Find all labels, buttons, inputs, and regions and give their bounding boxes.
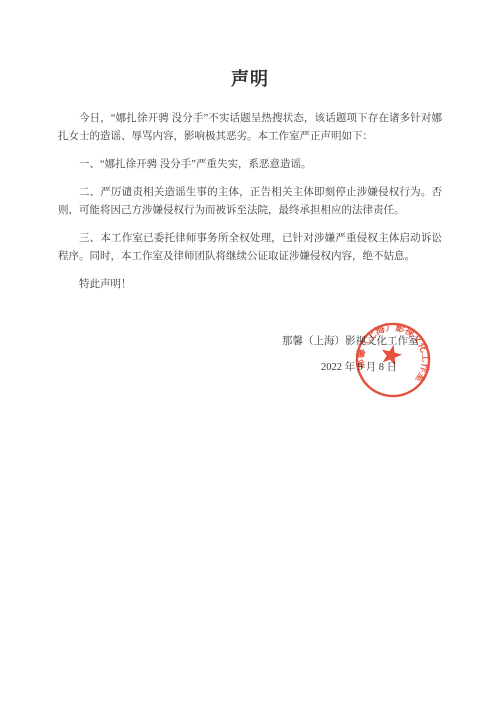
document-body: 今日，“娜扎徐开骋 没分手”不实话题呈热搜状态，该话题项下存在诸多针对娜扎女士的… bbox=[58, 110, 442, 304]
document-title: 声明 bbox=[58, 70, 442, 89]
company-seal-graphic: 那馨（上海）影视文化工作室 bbox=[332, 299, 453, 420]
paragraph-point-3: 三、本工作室已委托律师事务所全权处理，已针对涉嫌严重侵权主体启动诉讼程序。同时，… bbox=[58, 230, 442, 267]
paragraph-closing: 特此声明！ bbox=[58, 276, 442, 294]
company-seal: 那馨（上海）影视文化工作室 bbox=[332, 299, 453, 420]
paragraph-point-1: 一、“娜扎徐开骋 没分手”严重失实，系恶意造谣。 bbox=[58, 156, 442, 174]
paragraph-point-2: 二、严厉谴责相关造谣生事的主体，正告相关主体即刻停止涉嫌侵权行为。否则，可能将因… bbox=[58, 184, 442, 221]
paragraph-intro: 今日，“娜扎徐开骋 没分手”不实话题呈热搜状态，该话题项下存在诸多针对娜扎女士的… bbox=[58, 110, 442, 147]
statement-document-page: 声明 今日，“娜扎徐开骋 没分手”不实话题呈热搜状态，该话题项下存在诸多针对娜扎… bbox=[0, 0, 500, 707]
star-icon bbox=[379, 342, 404, 366]
